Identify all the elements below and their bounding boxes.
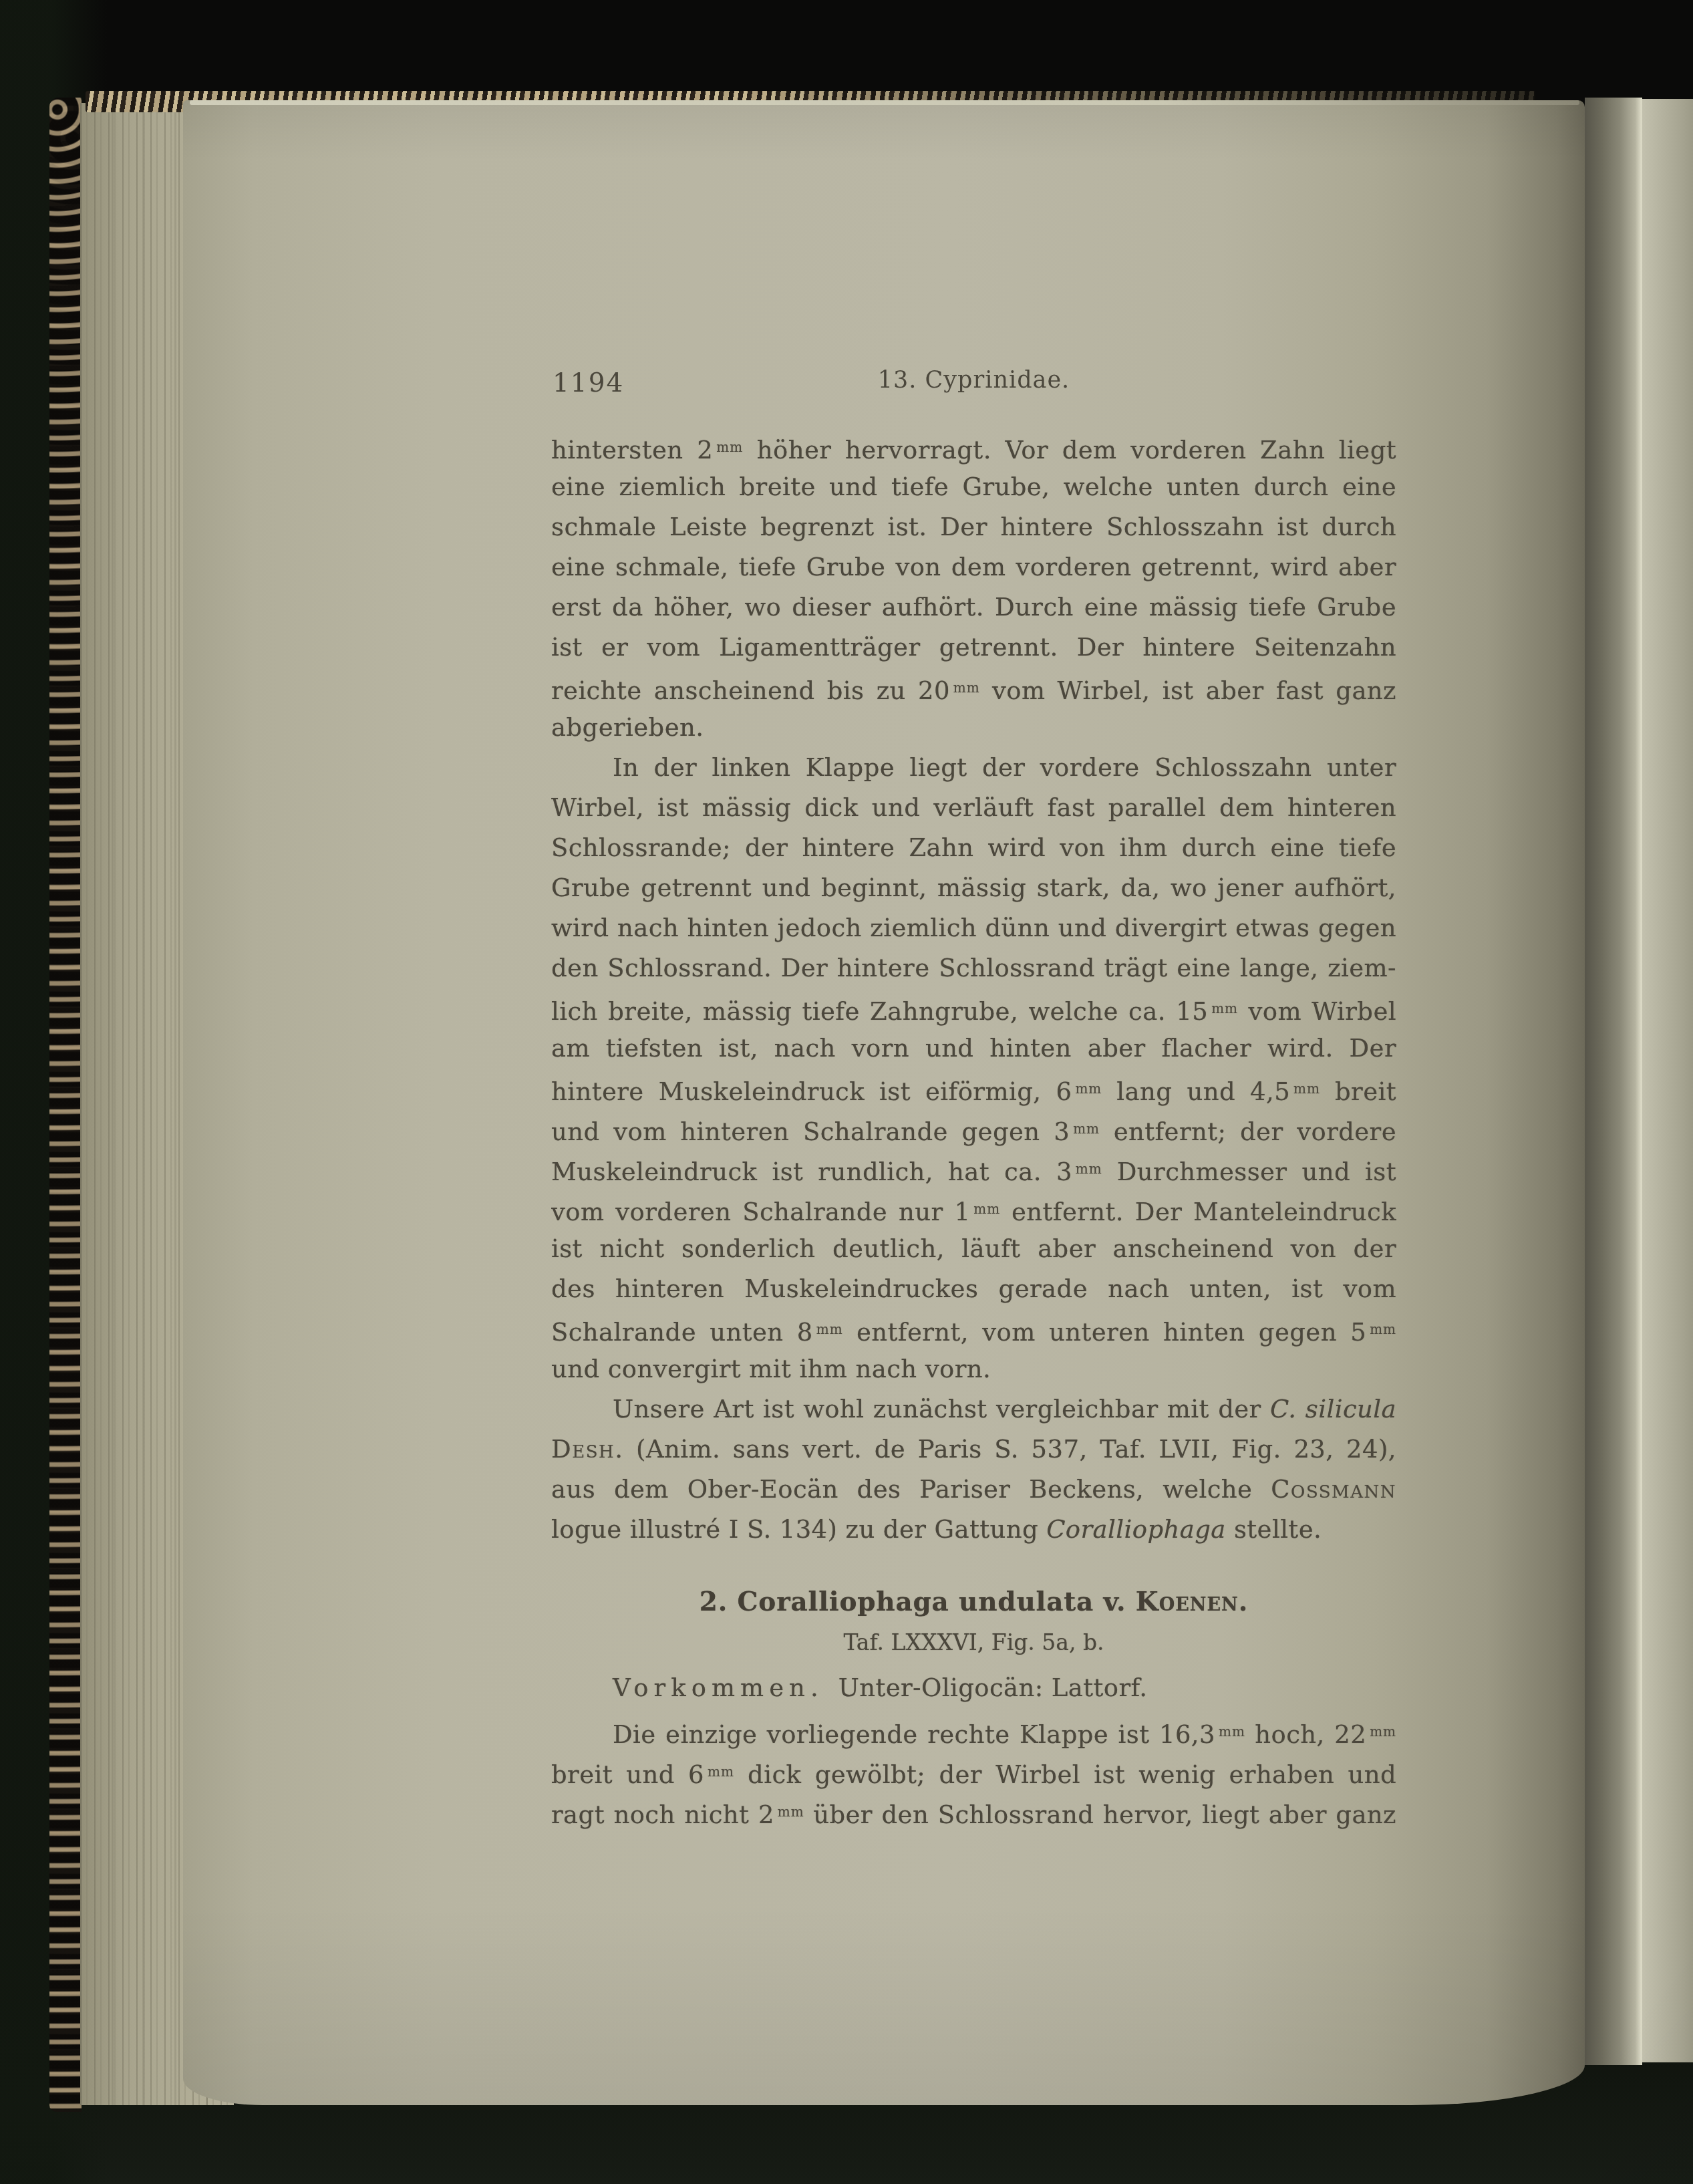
text-segment: mm — [1211, 1000, 1238, 1016]
body-line: Desh. (Anim. sans vert. de Paris S. 537,… — [551, 1429, 1396, 1470]
text-segment: wird nach hinten jedoch ziemlich dünn un… — [551, 914, 1396, 942]
body-line: Grube getrennt und beginnt, mässig stark… — [551, 868, 1396, 908]
text-segment: mm — [1293, 1081, 1320, 1097]
text-segment: mm — [816, 1321, 843, 1337]
text-segment: mm — [1075, 1081, 1102, 1097]
paragraph: In der linken Klappe liegt der vordere S… — [551, 748, 1396, 1389]
species-heading: 2. Coralliophaga undulata v. Koenen. — [551, 1581, 1396, 1623]
text-segment: mm — [1370, 1321, 1396, 1337]
body-line: ist nicht sonderlich deutlich, läuft abe… — [551, 1229, 1396, 1269]
page-top-edge-highlight — [190, 100, 1579, 105]
text-segment: logue illustré I S. 134) zu der Gattung — [551, 1515, 1046, 1544]
running-header: 1194 13. Cyprinidae. — [551, 367, 1396, 402]
text-segment: ist er vom Ligamentträger getrennt. Der … — [551, 633, 1396, 662]
body-line: Schlossrande; der hintere Zahn wird von … — [551, 828, 1396, 868]
text-segment: ragt noch nicht 2 — [551, 1800, 774, 1829]
body-line: Unsere Art ist wohl zunächst vergleichba… — [551, 1389, 1396, 1429]
text-segment: vom Wirbel — [1238, 997, 1396, 1026]
text-segment: entfernt. Der Manteleindruck — [1000, 1198, 1396, 1226]
text-segment: Desh. — [551, 1435, 623, 1464]
gutter-shadow-page — [1585, 98, 1642, 2065]
occurrence-line: Vorkommen.Unter-Oligocän: Lattorf. — [551, 1667, 1396, 1709]
book-cover-marbled-edge — [49, 98, 82, 2112]
text-segment: mm — [708, 1764, 734, 1780]
text-segment: hintersten 2 — [551, 436, 713, 464]
body-line: am tiefsten ist, nach vorn und hinten ab… — [551, 1029, 1396, 1069]
text-segment: mm — [953, 680, 980, 696]
text-segment: In der linken Klappe liegt der vordere S… — [551, 753, 1396, 788]
text-segment: reichte anscheinend bis zu 20 — [551, 676, 950, 705]
text-segment: 2. Coralliophaga undulata v. — [700, 1587, 1136, 1617]
marbled-bottom-corner — [90, 2082, 158, 2109]
body-line: eine schmale, tiefe Grube von dem vorder… — [551, 547, 1396, 587]
description-paragraphs: hintersten 2mm höher hervorragt. Vor dem… — [551, 427, 1396, 1550]
text-segment: hintere Muskeleindruck ist eiförmig, 6 — [551, 1077, 1072, 1106]
text-segment: eine schmale, tiefe Grube von dem vorder… — [551, 553, 1396, 581]
paragraph: Die einzige vorliegende rechte Klappe is… — [551, 1712, 1396, 1832]
text-segment: höher hervorragt. Vor dem vorderen Zahn … — [743, 436, 1396, 464]
body-line: den Schlossrand. Der hintere Schlossrand… — [551, 948, 1396, 988]
text-segment: Grube getrennt und beginnt, mässig stark… — [551, 873, 1396, 902]
body-line: erst da höher, wo dieser aufhört. Durch … — [551, 587, 1396, 628]
body-line: Muskeleindruck ist rundlich, hat ca. 3mm… — [551, 1149, 1396, 1189]
text-segment: Koenen — [1136, 1587, 1239, 1617]
body-line: In der linken Klappe liegt der vordere S… — [551, 748, 1396, 788]
text-segment: eine ziemlich breite und tiefe Grube, we… — [551, 472, 1396, 501]
text-segment: Schalrande unten 8 — [551, 1318, 813, 1347]
body-line: und vom hinteren Schalrande gegen 3mm en… — [551, 1109, 1396, 1149]
body-line: Die einzige vorliegende rechte Klappe is… — [551, 1712, 1396, 1752]
species-paragraph: Die einzige vorliegende rechte Klappe is… — [551, 1712, 1396, 1832]
facing-page-edge — [1642, 99, 1693, 2062]
body-line: hintersten 2mm höher hervorragt. Vor dem… — [551, 427, 1396, 467]
text-segment: . — [1239, 1587, 1248, 1617]
text-segment: dick gewölbt; der Wirbel ist wenig erhab… — [734, 1760, 1396, 1789]
text-segment: entfernt, vom unteren hinten gegen 5 — [843, 1318, 1366, 1347]
text-segment: des hinteren Muskeleindruckes gerade nac… — [551, 1274, 1396, 1309]
body-line: wird nach hinten jedoch ziemlich dünn un… — [551, 908, 1396, 948]
text-segment: Durchmesser und ist — [1102, 1157, 1396, 1186]
text-segment: Schlossrande; der hintere Zahn wird von … — [551, 833, 1396, 862]
text-segment: Unter-Oligocän: Lattorf. — [838, 1673, 1148, 1702]
body-line: eine ziemlich breite und tiefe Grube, we… — [551, 467, 1396, 507]
chapter-title: 13. Cyprinidae. — [551, 367, 1396, 394]
text-segment: über den Schlossrand hervor, liegt aber … — [804, 1800, 1396, 1829]
text-segment: Cossmann — [1271, 1475, 1396, 1504]
text-segment: lich breite, mässig tiefe Zahngrube, wel… — [551, 997, 1208, 1026]
body-line: schmale Leiste begrenzt ist. Der hintere… — [551, 507, 1396, 547]
text-segment: Unsere Art ist wohl zunächst vergleichba… — [613, 1395, 1270, 1423]
text-segment: breit — [1320, 1077, 1396, 1106]
text-segment: den Schlossrand. Der hintere Schlossrand… — [551, 954, 1396, 982]
text-segment: mm — [1219, 1724, 1245, 1740]
paragraph: Unsere Art ist wohl zunächst vergleichba… — [551, 1389, 1396, 1550]
body-line: Wirbel, ist mässig dick und verläuft fas… — [551, 788, 1396, 828]
body-line: des hinteren Muskeleindruckes gerade nac… — [551, 1269, 1396, 1309]
text-segment: Die einzige vorliegende rechte Klappe is… — [613, 1720, 1215, 1749]
text-segment: Wirbel, ist mässig dick und verläuft fas… — [551, 793, 1396, 822]
text-segment: Muskeleindruck ist rundlich, hat ca. 3 — [551, 1157, 1072, 1186]
text-segment: entfernt; der vordere — [1100, 1117, 1396, 1146]
body-line: aus dem Ober-Eocän des Pariser Beckens, … — [551, 1470, 1396, 1510]
text-segment: hoch, 22 — [1245, 1720, 1366, 1749]
text-segment: mm — [1073, 1121, 1100, 1137]
text-segment: stellte. — [1226, 1515, 1322, 1544]
body-line: ist er vom Ligamentträger getrennt. Der … — [551, 628, 1396, 668]
body-line: und convergirt mit ihm nach vorn. — [551, 1349, 1396, 1389]
text-segment: am tiefsten ist, nach vorn und hinten ab… — [551, 1034, 1396, 1063]
text-segment: aus dem Ober-Eocän des Pariser Beckens, … — [551, 1475, 1271, 1504]
book-photo-scene: 1194 13. Cyprinidae. hintersten 2mm höhe… — [0, 0, 1693, 2184]
body-line: abgerieben. — [551, 708, 1396, 748]
text-segment: und vom hinteren Schalrande gegen 3 — [551, 1117, 1070, 1146]
body-line: lich breite, mässig tiefe Zahngrube, wel… — [551, 988, 1396, 1029]
text-segment: mm — [973, 1201, 1000, 1217]
text-segment: mm — [1370, 1724, 1396, 1740]
text-segment: mm — [716, 439, 743, 455]
text-segment: lang und 4,5 — [1102, 1077, 1290, 1106]
body-line: breit und 6mm dick gewölbt; der Wirbel i… — [551, 1752, 1396, 1792]
text-segment: schmale Leiste begrenzt ist. Der hintere… — [551, 513, 1396, 541]
text-segment: (Anim. sans vert. de Paris S. 537, Taf. … — [623, 1435, 1396, 1464]
page-number: 1194 — [553, 368, 624, 398]
body-line: hintere Muskeleindruck ist eiförmig, 6mm… — [551, 1069, 1396, 1109]
text-segment: und convergirt mit ihm nach vorn. — [551, 1355, 991, 1383]
text-segment: Coralliophaga — [1046, 1515, 1226, 1544]
plate-reference: Taf. LXXXVI, Fig. 5a, b. — [551, 1623, 1396, 1662]
body-line: reichte anscheinend bis zu 20mm vom Wirb… — [551, 668, 1396, 708]
text-segment: mm — [778, 1804, 804, 1820]
body-line: ragt noch nicht 2mm über den Schlossrand… — [551, 1792, 1396, 1832]
text-segment: Vorkommen. — [613, 1673, 824, 1702]
text-segment: vom Wirbel, ist aber fast ganz — [980, 676, 1396, 705]
text-segment: abgerieben. — [551, 713, 704, 742]
body-line: vom vorderen Schalrande nur 1mm entfernt… — [551, 1189, 1396, 1229]
text-segment: erst da höher, wo dieser aufhört. Durch … — [551, 593, 1396, 622]
text-segment: vom vorderen Schalrande nur 1 — [551, 1198, 970, 1226]
text-segment: breit und 6 — [551, 1760, 704, 1789]
text-segment: C. silicula — [1270, 1395, 1396, 1423]
text-block: hintersten 2mm höher hervorragt. Vor dem… — [551, 427, 1396, 1832]
main-page: 1194 13. Cyprinidae. hintersten 2mm höhe… — [183, 100, 1585, 2105]
body-line: logue illustré I S. 134) zu der Gattung … — [551, 1510, 1396, 1550]
paragraph: hintersten 2mm höher hervorragt. Vor dem… — [551, 427, 1396, 748]
text-segment: mm — [1076, 1161, 1102, 1177]
body-line: Schalrande unten 8mm entfernt, vom unter… — [551, 1309, 1396, 1349]
text-segment: ist nicht sonderlich deutlich, läuft abe… — [551, 1234, 1396, 1269]
